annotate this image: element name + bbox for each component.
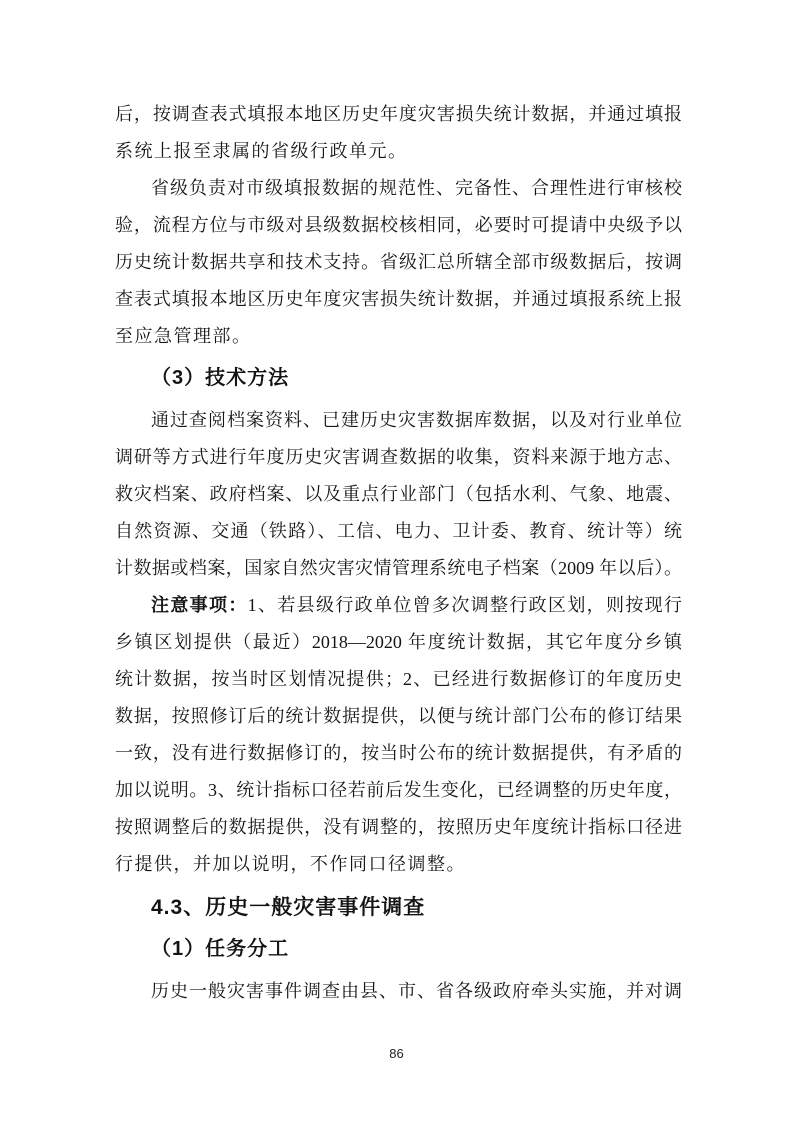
- body-line: 验，流程方位与市级对县级数据校核相同，必要时可提请中央级予以: [115, 207, 682, 244]
- body-line: 加以说明。3、统计指标口径若前后发生变化，已经调整的历史年度，: [115, 772, 682, 809]
- body-line: 乡镇区划提供（最近）2018—2020 年度统计数据，其它年度分乡镇: [115, 624, 682, 661]
- body-line: 计数据或档案，国家自然灾害灾情管理系统电子档案（2009 年以后）。: [115, 550, 682, 587]
- body-line: 自然资源、交通（铁路）、工信、电力、卫计委、教育、统计等）统: [115, 513, 682, 550]
- body-line: 查表式填报本地区历史年度灾害损失统计数据，并通过填报系统上报: [115, 281, 682, 318]
- body-line: 调研等方式进行年度历史灾害调查数据的收集，资料来源于地方志、: [115, 439, 682, 476]
- page-number: 86: [0, 1046, 793, 1061]
- notes-lead-label: 注意事项：: [151, 595, 248, 615]
- body-line-notes: 注意事项：1、若县级行政单位曾多次调整行政区划，则按现行: [115, 587, 682, 624]
- body-line: 通过查阅档案资料、已建历史灾害数据库数据，以及对行业单位: [115, 402, 682, 439]
- body-line: 至应急管理部。: [115, 318, 682, 355]
- body-line: 行提供，并加以说明，不作同口径调整。: [115, 846, 682, 883]
- body-line: 后，按调查表式填报本地区历史年度灾害损失统计数据，并通过填报: [115, 96, 682, 133]
- section-heading-technical-method: （3）技术方法: [115, 360, 682, 397]
- body-line: 历史一般灾害事件调查由县、市、省各级政府牵头实施，并对调: [115, 973, 682, 1010]
- body-line: 历史统计数据共享和技术支持。省级汇总所辖全部市级数据后，按调: [115, 244, 682, 281]
- notes-lead-text: 1、若县级行政单位曾多次调整行政区划，则按现行: [248, 595, 682, 615]
- body-line: 系统上报至隶属的省级行政单元。: [115, 133, 682, 170]
- section-heading-4-3: 4.3、历史一般灾害事件调查: [115, 889, 682, 926]
- document-body: 后，按调查表式填报本地区历史年度灾害损失统计数据，并通过填报 系统上报至隶属的省…: [115, 96, 682, 1010]
- body-line: 省级负责对市级填报数据的规范性、完备性、合理性进行审核校: [115, 170, 682, 207]
- body-line: 救灾档案、政府档案、以及重点行业部门（包括水利、气象、地震、: [115, 476, 682, 513]
- body-line: 一致，没有进行数据修订的，按当时公布的统计数据提供，有矛盾的: [115, 735, 682, 772]
- body-line: 统计数据，按当时区划情况提供；2、已经进行数据修订的年度历史: [115, 661, 682, 698]
- body-line: 按照调整后的数据提供，没有调整的，按照历史年度统计指标口径进: [115, 809, 682, 846]
- section-heading-task-division: （1）任务分工: [115, 931, 682, 968]
- body-line: 数据，按照修订后的统计数据提供，以便与统计部门公布的修订结果: [115, 698, 682, 735]
